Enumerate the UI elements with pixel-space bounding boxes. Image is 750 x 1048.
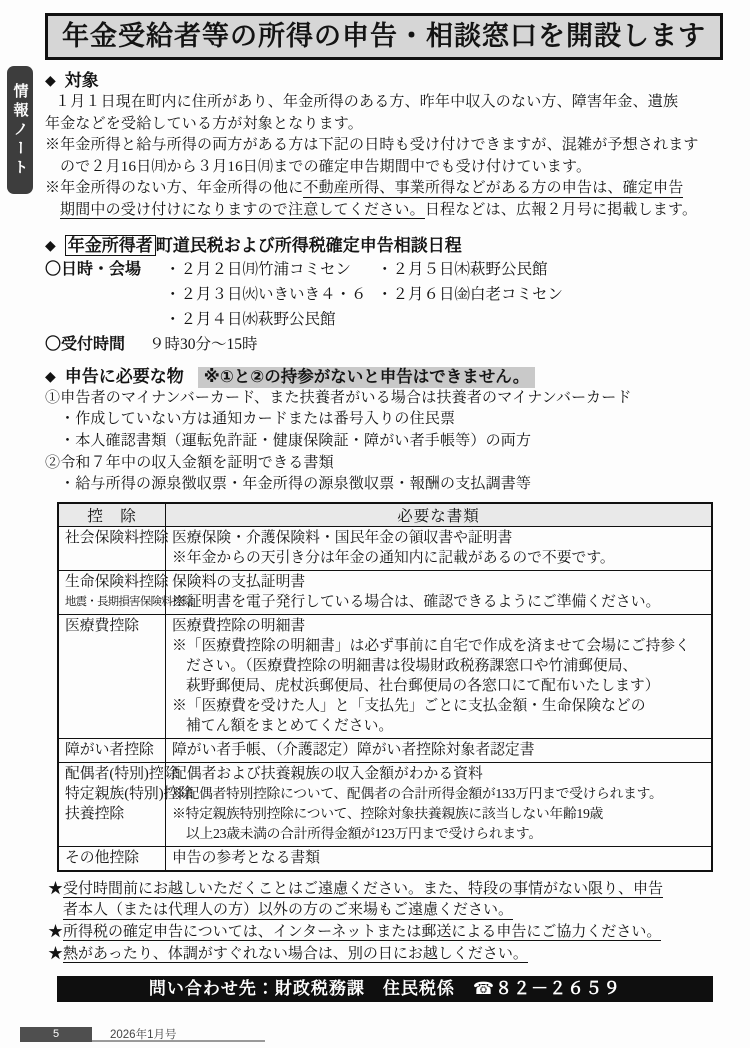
reception-time-label: 〇受付時間 <box>45 333 149 357</box>
deduction-name: 社会保険料控除 <box>65 528 161 548</box>
text-line: ※年金所得のない方、年金所得の他に不動産所得、事業所得などがある方の申告は、確定… <box>45 178 725 200</box>
list-item: ・本人確認書類（運転免許証・健康保険証・障がい者手帳等）の両方 <box>45 431 725 453</box>
table-row: 障がい者控除 障がい者手帳、（介護認定）障がい者控除対象者認定書 <box>58 738 712 762</box>
reception-time-value: ９時30分～15時 <box>149 333 258 357</box>
schedule-row: ・２月３日㈫いきいき４・６ ・２月６日㈮白老コミセン <box>45 282 725 307</box>
deduction-name: 障がい者控除 <box>65 740 161 760</box>
note-line: ★熱があったり、体調がすぐれない場合は、別の日にお越しください。 <box>48 944 725 966</box>
target-paragraphs: １月１日現在町内に住所があり、年金所得のある方、昨年中収入のない方、障害年金、遺… <box>45 92 725 222</box>
underlined-text: 所得税の確定申告については、インターネットまたは郵送による申告にご協力ください。 <box>63 924 661 942</box>
text-segment: 日程などは、広報２月号に掲載します。 <box>425 202 697 218</box>
document-line: ※証明書を電子発行している場合は、確認できるようにご準備ください。 <box>172 592 707 612</box>
note-line: ★受付時間前にお越しいただくことはご遠慮ください。また、特段の事情がない限り、申… <box>48 879 725 901</box>
text-line: 年金などを受給している方が対象となります。 <box>45 114 725 136</box>
side-tab-label: 情報ノート <box>10 83 31 178</box>
note-line: ★所得税の確定申告については、インターネットまたは郵送による申告にご協力ください… <box>48 922 725 944</box>
section-heading-target-label: 対象 <box>65 71 99 90</box>
document-line: ※「医療費を受けた人」と「支払先」ごとに支払金額・生命保険などの <box>172 696 707 716</box>
section-heading-target: ◆対象 <box>45 69 725 92</box>
text-line: ので２月16日㈪から３月16日㈪までの確定申告期間中でも受け付けています。 <box>45 157 725 179</box>
boxed-term: 年金所得者 <box>65 235 156 256</box>
document-line: 萩野郵便局、虎杖浜郵便局、社台郵便局の各窓口にて配布いたします） <box>172 676 707 696</box>
table-row: その他控除 申告の参考となる書類 <box>58 846 712 871</box>
table-row: 社会保険料控除 医療保険・介護保険料・国民年金の領収書や証明書 ※年金からの天引… <box>58 526 712 570</box>
diamond-icon: ◆ <box>45 237 56 253</box>
document-line: ※「医療費控除の明細書」は必ず事前に自宅で作成を済ませて会場にご持参く <box>172 636 707 656</box>
schedule-entry: ・２月５日㈭萩野公民館 <box>377 257 548 282</box>
deduction-name: 生命保険料控除 <box>65 572 161 592</box>
list-item: ②令和７年中の収入金額を証明できる書類 <box>45 453 725 475</box>
underlined-text: 不動産所得、事業所得などがある方の申告は、確定申告 <box>303 180 683 198</box>
underlined-text: 者本人（または代理人の方）以外の方のご来場もご遠慮ください。 <box>63 902 513 920</box>
document-line: 保険料の支払証明書 <box>172 572 707 592</box>
document-line: 障がい者手帳、（介護認定）障がい者控除対象者認定書 <box>172 740 707 760</box>
schedule-entry: ・２月６日㈮白老コミセン <box>377 282 563 307</box>
section-heading-schedule: ◆年金所得者町道民税および所得税確定申告相談日程 <box>45 234 725 257</box>
text-line: １月１日現在町内に住所があり、年金所得のある方、昨年中収入のない方、障害年金、遺… <box>45 92 725 114</box>
underlined-text: 熱があったり、体調がすぐれない場合は、別の日にお越しください。 <box>63 946 528 964</box>
table-row: 配偶者(特別)控除 特定親族(特別)控除 扶養控除 配偶者および扶養親族の収入金… <box>58 762 712 846</box>
section-heading-required-label: 申告に必要な物 <box>65 367 184 386</box>
schedule-block: 〇日時・会場 ・２月２日㈪竹浦コミセン ・２月５日㈭萩野公民館 ・２月３日㈫いき… <box>45 257 725 357</box>
required-items: ①申告者のマイナンバーカード、また扶養者がいる場合は扶養者のマイナンバーカード … <box>45 388 725 496</box>
page-number-value: 5 <box>53 1028 59 1040</box>
deduction-table: 控 除 必要な書類 社会保険料控除 医療保険・介護保険料・国民年金の領収書や証明… <box>57 502 713 872</box>
list-item: ①申告者のマイナンバーカード、また扶養者がいる場合は扶養者のマイナンバーカード <box>45 388 725 410</box>
deduction-name: 特定親族(特別)控除 <box>65 784 161 804</box>
contact-bar-text: 問い合わせ先：財政税務課 住民税係 ☎８２－２６５９ <box>149 979 621 998</box>
deduction-name: 配偶者(特別)控除 <box>65 764 161 784</box>
schedule-entry: ・２月２日㈪竹浦コミセン <box>165 257 377 282</box>
datetime-venue-label: 〇日時・会場 <box>45 257 165 282</box>
text-line: 期間中の受け付けになりますので注意してください。日程などは、広報２月号に掲載しま… <box>45 200 725 222</box>
document-line: ※特定親族特別控除について、控除対象扶養親族に該当しない年齢19歳 <box>172 804 707 824</box>
document-line: ださい。（医療費控除の明細書は役場財政税務課窓口や竹浦郵便局、 <box>172 656 707 676</box>
document-line: 医療費控除の明細書 <box>172 616 707 636</box>
document-line: 補てん額をまとめてください。 <box>172 716 707 736</box>
deduction-name-sub: 地震・長期損害保険料控除 <box>65 592 161 612</box>
schedule-entry: ・２月４日㈬萩野公民館 <box>165 307 377 332</box>
issue-label: 2026年1月号 <box>92 1026 265 1042</box>
document-line: 申告の参考となる書類 <box>172 848 707 868</box>
deduction-name: 扶養控除 <box>65 804 161 824</box>
list-item: ・給与所得の源泉徴収票・年金所得の源泉徴収票・報酬の支払調書等 <box>45 474 725 496</box>
star-notes: ★受付時間前にお越しいただくことはご遠慮ください。また、特段の事情がない限り、申… <box>48 879 725 965</box>
schedule-entry: ・２月３日㈫いきいき４・６ <box>165 282 377 307</box>
deduction-name: 医療費控除 <box>65 616 161 636</box>
article-body: ◆対象 １月１日現在町内に住所があり、年金所得のある方、昨年中収入のない方、障害… <box>45 69 725 1002</box>
col-header-documents: 必要な書類 <box>166 503 713 527</box>
page-title-text: 年金受給者等の所得の申告・相談窓口を開設します <box>62 21 706 51</box>
document-line: 医療保険・介護保険料・国民年金の領収書や証明書 <box>172 528 707 548</box>
list-item: ・作成していない方は通知カードまたは番号入りの住民票 <box>45 409 725 431</box>
reception-row: 〇受付時間 ９時30分～15時 <box>45 333 725 357</box>
deduction-name: その他控除 <box>65 848 161 868</box>
table-row: 生命保険料控除 地震・長期損害保険料控除 保険料の支払証明書 ※証明書を電子発行… <box>58 570 712 614</box>
document-line: ※年金からの天引き分は年金の通知内に記載があるので不要です。 <box>172 548 707 568</box>
schedule-row: ・２月４日㈬萩野公民館 <box>45 307 725 332</box>
highlighted-note: ※①と②の持参がないと申告はできません。 <box>198 367 535 388</box>
document-line: 配偶者および扶養親族の収入金額がわかる資料 <box>172 764 707 784</box>
section-heading-required: ◆申告に必要な物※①と②の持参がないと申告はできません。 <box>45 365 725 388</box>
table-header-row: 控 除 必要な書類 <box>58 503 712 527</box>
contact-bar: 問い合わせ先：財政税務課 住民税係 ☎８２－２６５９ <box>57 976 713 1002</box>
document-line: 以上23歳未満の合計所得金額が123万円まで受けられます。 <box>172 824 707 844</box>
diamond-icon: ◆ <box>45 368 56 384</box>
underlined-text: 受付時間前にお越しいただくことはご遠慮ください。また、特段の事情がない限り、申告 <box>63 881 663 899</box>
issue-label-text: 2026年1月号 <box>110 1029 176 1041</box>
page-number: 5 <box>20 1027 92 1042</box>
diamond-icon: ◆ <box>45 72 56 88</box>
side-tab-info-note: 情報ノート <box>7 66 33 194</box>
text-line: ※年金所得と給与所得の両方がある方は下記の日時も受け付けできますが、混雑が予想さ… <box>45 135 725 157</box>
underlined-text: 期間中の受け付けになりますので注意してください。 <box>60 202 425 220</box>
table-row: 医療費控除 医療費控除の明細書 ※「医療費控除の明細書」は必ず事前に自宅で作成を… <box>58 614 712 738</box>
star-icon: ★ <box>48 881 63 897</box>
text-segment: ※年金所得のない方、年金所得の他に <box>45 180 303 196</box>
page-title: 年金受給者等の所得の申告・相談窓口を開設します <box>45 13 723 60</box>
col-header-deduction: 控 除 <box>58 503 166 527</box>
schedule-row: 〇日時・会場 ・２月２日㈪竹浦コミセン ・２月５日㈭萩野公民館 <box>45 257 725 282</box>
section-heading-schedule-label: 町道民税および所得税確定申告相談日程 <box>156 236 462 255</box>
note-line: 者本人（または代理人の方）以外の方のご来場もご遠慮ください。 <box>48 900 725 922</box>
star-icon: ★ <box>48 946 63 962</box>
document-line: ※配偶者特別控除について、配偶者の合計所得金額が133万円まで受けられます。 <box>172 784 707 804</box>
star-icon: ★ <box>48 924 63 940</box>
